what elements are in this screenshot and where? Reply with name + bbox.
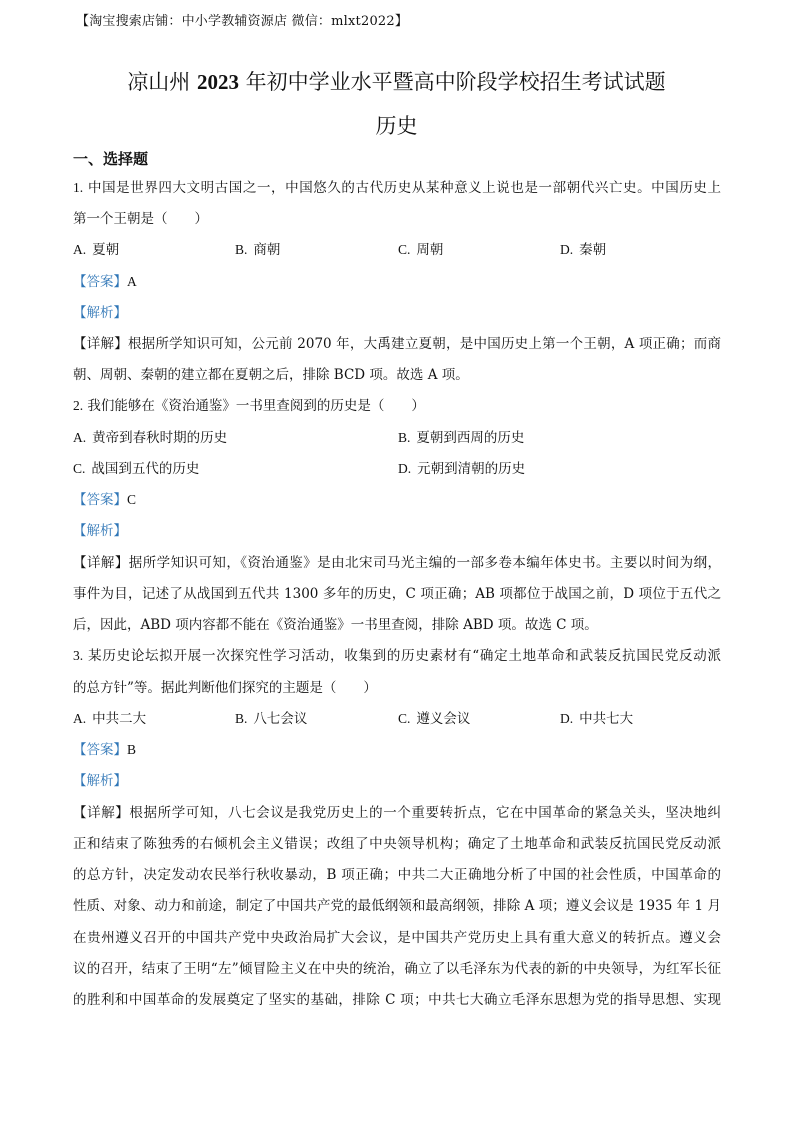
option-d: D.中共七大 xyxy=(560,707,633,727)
option-a: A.中共二大 xyxy=(73,707,146,727)
exam-subject: 历史 xyxy=(0,110,793,140)
option-c: C.战国到五代的历史 xyxy=(73,457,199,477)
detail-line: 【详解】根据所学可知，八七会议是我党历史上的一个重要转折点，它在中国革命的紧急关… xyxy=(73,801,721,821)
detail-line: 在贵州遵义召开的中国共产党中央政治局扩大会议，是中国共产党历史上具有重大意义的转… xyxy=(73,926,721,946)
answer-line: 【答案】C xyxy=(73,488,136,508)
option-b: B.八七会议 xyxy=(235,707,307,727)
detail-line: 朝、周朝、秦朝的建立都在夏朝之后，排除 BCD 项。故选 A 项。 xyxy=(73,363,469,383)
analysis-label: 【解析】 xyxy=(73,769,127,789)
detail-line: 议的召开，结束了王明“左”倾冒险主义在中央的统治，确立了以毛泽东为代表的新的中央… xyxy=(73,957,721,977)
analysis-label: 【解析】 xyxy=(73,519,127,539)
option-b: B.商朝 xyxy=(235,238,280,258)
analysis-label: 【解析】 xyxy=(73,301,127,321)
detail-line: 性质、对象、动力和前途，制定了中国共产党的最低纲领和最高纲领，排除 A 项；遵义… xyxy=(73,894,721,914)
detail-line: 后，因此，ABD 项内容都不能在《资治通鉴》一书里查阅，排除 ABD 项。故选 … xyxy=(73,613,598,633)
option-d: D.元朝到清朝的历史 xyxy=(398,457,525,477)
option-b: B.夏朝到西周的历史 xyxy=(398,426,524,446)
question-stem: 2. 我们能够在《资治通鉴》一书里查阅到的历史是（ ） xyxy=(73,394,425,414)
option-c: C.遵义会议 xyxy=(398,707,470,727)
option-d: D.秦朝 xyxy=(560,238,606,258)
answer-line: 【答案】B xyxy=(73,738,136,758)
detail-line: 的总方针，决定发动农民举行秋收暴动，B 项正确；中共二大正确地分析了中国的社会性… xyxy=(73,863,721,883)
watermark-header: 【淘宝搜索店铺：中小学教辅资源店 微信：mlxt2022】 xyxy=(76,10,408,29)
option-c: C.周朝 xyxy=(398,238,443,258)
detail-line: 事件为目，记述了从战国到五代共 1300 多年的历史，C 项正确；AB 项都位于… xyxy=(73,582,721,602)
question-stem: 第一个王朝是（ ） xyxy=(73,207,208,227)
detail-line: 的胜利和中国革命的发展奠定了坚实的基础，排除 C 项；中共七大确立毛泽东思想为党… xyxy=(73,988,721,1008)
answer-line: 【答案】A xyxy=(73,270,137,290)
section-heading: 一、选择题 xyxy=(73,148,148,169)
detail-line: 【详解】根据所学知识可知，公元前 2070 年，大禹建立夏朝，是中国历史上第一个… xyxy=(73,332,721,352)
option-a: A.黄帝到春秋时期的历史 xyxy=(73,426,227,446)
option-a: A.夏朝 xyxy=(73,238,119,258)
exam-title: 凉山州 2023 年初中学业水平暨高中阶段学校招生考试试题 xyxy=(0,66,793,96)
question-stem: 3. 某历史论坛拟开展一次探究性学习活动，收集到的历史素材有“确定土地革命和武装… xyxy=(73,644,721,664)
question-stem: 1. 中国是世界四大文明古国之一，中国悠久的古代历史从某种意义上说也是一部朝代兴… xyxy=(73,176,721,196)
question-stem: 的总方针”等。据此判断他们探究的主题是（ ） xyxy=(73,676,377,696)
detail-line: 【详解】据所学知识可知，《资治通鉴》是由北宋司马光主编的一部多卷本编年体史书。主… xyxy=(73,551,721,571)
detail-line: 正和结束了陈独秀的右倾机会主义错误；改组了中央领导机构；确定了土地革命和武装反抗… xyxy=(73,832,721,852)
